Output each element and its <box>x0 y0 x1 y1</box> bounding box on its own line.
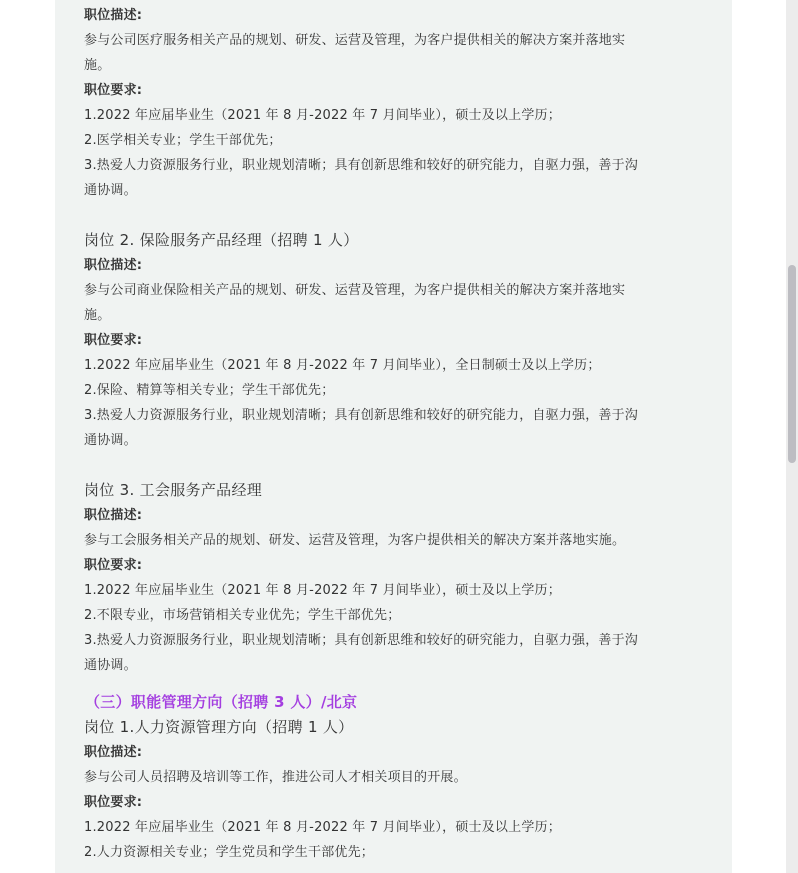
vertical-scrollbar[interactable] <box>786 0 798 873</box>
spacer <box>84 453 704 478</box>
job-description-label: 职位描述: <box>84 3 704 28</box>
job-description-line: 参与公司人员招聘及培训等工作，推进公司人才相关项目的开展。 <box>84 765 704 790</box>
requirement-item: 2.人力资源相关专业；学生党员和学生干部优先； <box>84 840 704 865</box>
article-content: 职位描述: 参与公司医疗服务相关产品的规划、研发、运营及管理，为客户提供相关的解… <box>55 0 732 873</box>
requirement-item: 通协调。 <box>84 428 704 453</box>
requirement-item: 3.热爱人力资源服务行业，职业规划清晰；具有创新思维和较好的研究能力，自驱力强，… <box>84 153 704 178</box>
job-description-line: 参与公司医疗服务相关产品的规划、研发、运营及管理，为客户提供相关的解决方案并落地… <box>84 28 704 53</box>
job-description-label: 职位描述: <box>84 503 704 528</box>
position-title: 岗位 1.人力资源管理方向（招聘 1 人） <box>84 715 704 740</box>
requirement-item: 1.2022 年应届毕业生（2021 年 8 月-2022 年 7 月间毕业），… <box>84 815 704 840</box>
requirement-item: 3.热爱人力资源服务行业，职业规划清晰；具有创新思维和较好的研究能力，自驱力强，… <box>84 403 704 428</box>
spacer <box>84 203 704 228</box>
position-title: 岗位 2. 保险服务产品经理（招聘 1 人） <box>84 228 704 253</box>
job-description-line: 施。 <box>84 53 704 78</box>
requirement-item: 通协调。 <box>84 178 704 203</box>
requirement-item: 1.2022 年应届毕业生（2021 年 8 月-2022 年 7 月间毕业），… <box>84 353 704 378</box>
job-requirements-label: 职位要求: <box>84 790 704 815</box>
job-requirements-label: 职位要求: <box>84 553 704 578</box>
requirement-item: 2.不限专业，市场营销相关专业优先；学生干部优先； <box>84 603 704 628</box>
requirement-item: 2.保险、精算等相关专业；学生干部优先； <box>84 378 704 403</box>
requirement-item: 通协调。 <box>84 653 704 678</box>
job-description-label: 职位描述: <box>84 740 704 765</box>
scrollbar-thumb[interactable] <box>788 265 796 463</box>
job-requirements-label: 职位要求: <box>84 328 704 353</box>
job-description-line: 参与工会服务相关产品的规划、研发、运营及管理，为客户提供相关的解决方案并落地实施… <box>84 528 704 553</box>
job-description-label: 职位描述: <box>84 253 704 278</box>
requirement-item: 1.2022 年应届毕业生（2021 年 8 月-2022 年 7 月间毕业），… <box>84 103 704 128</box>
position-title: 岗位 3. 工会服务产品经理 <box>84 478 704 503</box>
section-heading: （三）职能管理方向（招聘 3 人）/北京 <box>84 690 704 715</box>
requirement-item: 3.热爱人力资源服务行业，职业规划清晰；具有创新思维和较好的研究能力，自驱力强，… <box>84 628 704 653</box>
requirement-item: 1.2022 年应届毕业生（2021 年 8 月-2022 年 7 月间毕业），… <box>84 578 704 603</box>
job-description-line: 参与公司商业保险相关产品的规划、研发、运营及管理，为客户提供相关的解决方案并落地… <box>84 278 704 303</box>
requirement-item: 2.医学相关专业；学生干部优先； <box>84 128 704 153</box>
job-description-line: 施。 <box>84 303 704 328</box>
job-requirements-label: 职位要求: <box>84 78 704 103</box>
